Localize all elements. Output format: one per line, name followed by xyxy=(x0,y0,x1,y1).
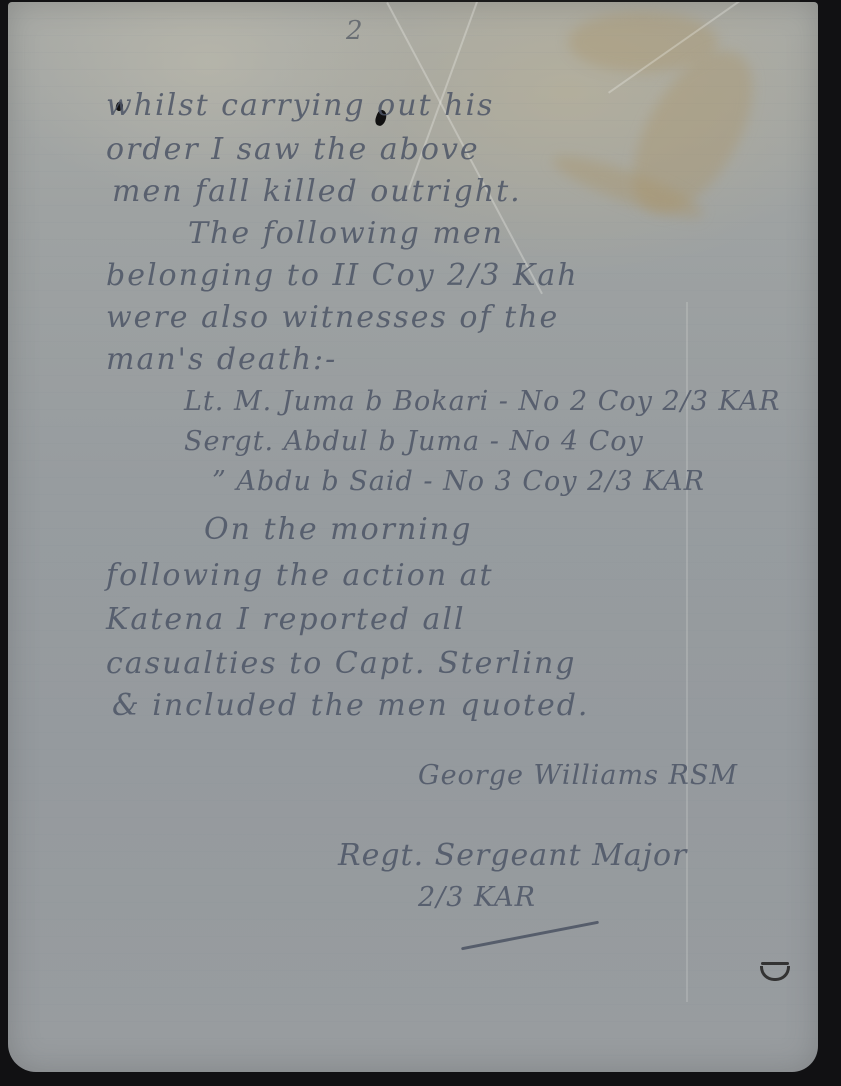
body-line: man's death:- xyxy=(106,342,337,377)
body-line: were also witnesses of the xyxy=(106,300,559,335)
witness-entry: Lt. M. Juma b Bokari - No 2 Coy 2/3 KAR xyxy=(184,386,780,417)
closing-line: On the morning xyxy=(204,512,472,547)
witness-entry: ” Abdu b Said - No 3 Coy 2/3 KAR xyxy=(212,466,705,497)
signature-name: George Williams RSM xyxy=(418,760,738,791)
closing-line: Katena I reported all xyxy=(106,602,466,637)
body-line: order I saw the above xyxy=(106,132,480,167)
closing-line: & included the men quoted. xyxy=(112,688,589,723)
corner-mark-icon xyxy=(760,966,790,981)
body-line: men fall killed outright. xyxy=(112,174,522,209)
closing-line: following the action at xyxy=(106,558,494,593)
body-line: whilst carrying out his xyxy=(106,88,494,123)
document-scan-frame: 2 whilst carrying out his order I saw th… xyxy=(0,0,841,1086)
page-number: 2 xyxy=(346,16,363,46)
body-line: belonging to II Coy 2/3 Kah xyxy=(106,258,579,293)
letter-page: 2 whilst carrying out his order I saw th… xyxy=(8,2,818,1072)
signature-title: Regt. Sergeant Major xyxy=(338,838,687,873)
body-line: The following men xyxy=(188,216,504,251)
signature-unit: 2/3 KAR xyxy=(418,882,536,913)
signature-underline xyxy=(461,921,599,951)
closing-line: casualties to Capt. Sterling xyxy=(106,646,576,681)
witness-entry: Sergt. Abdul b Juma - No 4 Coy xyxy=(184,426,644,457)
